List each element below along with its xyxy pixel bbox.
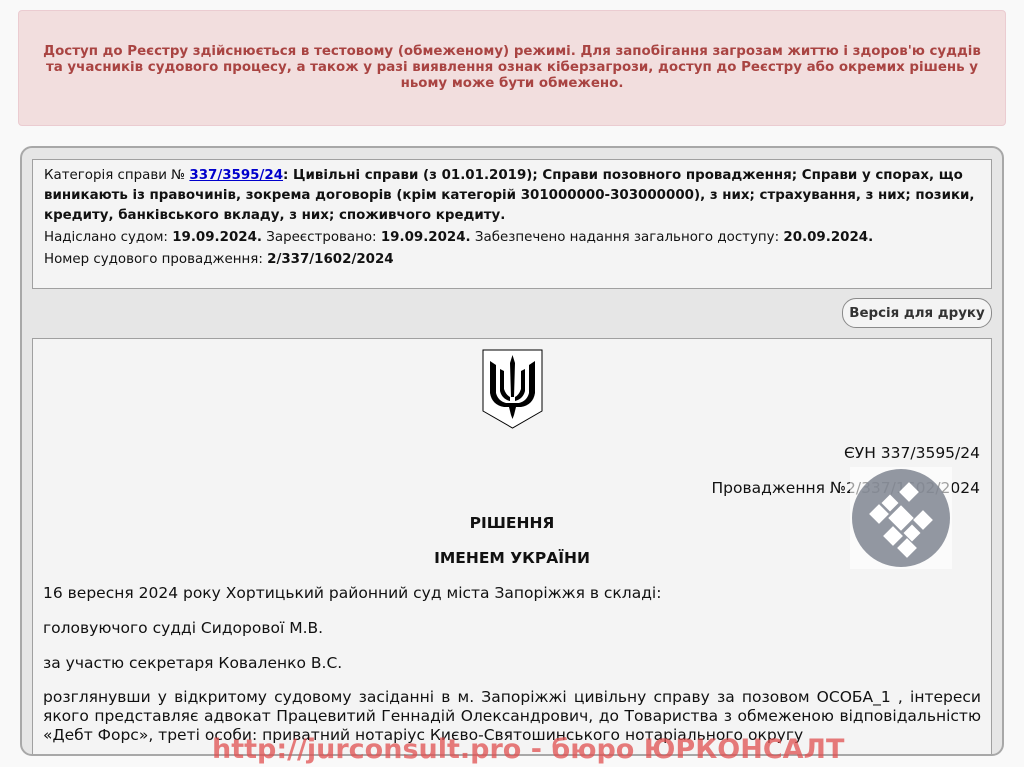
coat-of-arms-icon <box>482 349 543 429</box>
print-version-button[interactable]: Версія для друку <box>842 298 992 328</box>
case-dates: Надіслано судом: 19.09.2024. Зареєстрова… <box>44 228 980 248</box>
sent-label: Надіслано судом: <box>44 230 168 245</box>
eun-number: ЄУН 337/3595/24 <box>844 444 980 462</box>
case-category: Категорія справи № 337/3595/24: Цивільні… <box>44 166 980 226</box>
access-alert: Доступ до Реєстру здійснюється в тестово… <box>18 10 1006 126</box>
access-label: Забезпечено надання загального доступу: <box>475 230 779 245</box>
access-date: 20.09.2024. <box>783 230 873 245</box>
case-number-link[interactable]: 337/3595/24 <box>189 168 283 183</box>
site-watermark: http://jurconsult.pro - бюро ЮРКОНСАЛТ <box>212 734 844 765</box>
proceeding-number: 2/337/1602/2024 <box>267 252 393 267</box>
puzzle-logo-icon <box>850 467 952 569</box>
registered-date: 19.09.2024. <box>381 230 471 245</box>
decision-subtitle: ІМЕНЕМ УКРАЇНИ <box>33 549 991 567</box>
registered-label: Зареєстровано: <box>266 230 376 245</box>
category-label: Категорія справи № <box>44 168 185 183</box>
presiding-judge: головуючого судді Сидорової М.В. <box>43 619 323 637</box>
secretary: за участю секретаря Коваленко В.С. <box>43 654 342 672</box>
decision-intro: 16 вересня 2024 року Хортицький районний… <box>43 584 661 602</box>
decision-container: Категорія справи № 337/3595/24: Цивільні… <box>20 146 1004 756</box>
proceeding-label: Номер судового провадження: <box>44 252 263 267</box>
alert-text: Доступ до Реєстру здійснюється в тестово… <box>35 44 989 92</box>
proceeding-info: Номер судового провадження: 2/337/1602/2… <box>44 250 980 270</box>
case-info-box: Категорія справи № 337/3595/24: Цивільні… <box>32 159 992 289</box>
decision-document: ЄУН 337/3595/24 Провадження №2/337/1602/… <box>32 338 992 756</box>
sent-date: 19.09.2024. <box>172 230 262 245</box>
decision-title: РІШЕННЯ <box>33 514 991 532</box>
